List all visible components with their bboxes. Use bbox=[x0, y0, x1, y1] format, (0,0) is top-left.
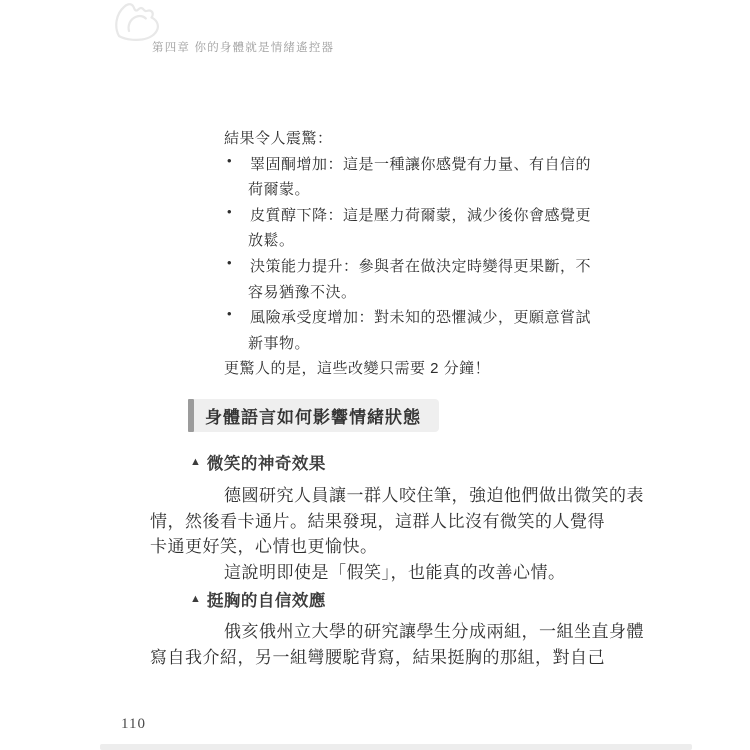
chapter-running-header: 第四章 你的身體就是情緒遙控器 bbox=[152, 39, 334, 55]
bullet-line: 皮質醇下降：這是壓力荷爾蒙，減少後你會感覺更 bbox=[250, 204, 591, 226]
bullet-dot: • bbox=[227, 306, 237, 321]
bullet-line: 睪固酮增加：這是一種讓你感覺有力量、有自信的 bbox=[250, 153, 591, 175]
footer-divider-bar bbox=[100, 744, 692, 750]
paragraph-line: 寫自我介紹，另一組彎腰駝背寫，結果挺胸的那組，對自己 bbox=[150, 643, 605, 667]
section-heading-label: 身體語言如何影響情緒狀態 bbox=[194, 399, 439, 432]
paragraph-line: 俄亥俄州立大學的研究讓學生分成兩組，一組坐直身體 bbox=[224, 617, 644, 641]
section-heading: 身體語言如何影響情緒狀態 bbox=[188, 399, 439, 432]
book-page: 第四章 你的身體就是情緒遙控器 結果令人震驚： • 睪固酮增加：這是一種讓你感覺… bbox=[0, 0, 750, 750]
subsection-heading: ▲ 微笑的神奇效果 bbox=[190, 451, 326, 473]
paragraph-line: 更驚人的是，這些改變只需要 2 分鐘！ bbox=[224, 357, 490, 379]
paragraph-line: 卡通更好笑，心情也更愉快。 bbox=[150, 532, 378, 556]
bullet-dot: • bbox=[227, 255, 237, 270]
bullet-line: 放鬆。 bbox=[248, 229, 295, 251]
paragraph-line: 結果令人震驚： bbox=[224, 127, 333, 149]
bullet-dot: • bbox=[227, 204, 237, 219]
subsection-title: 微笑的神奇效果 bbox=[207, 450, 326, 474]
page-number: 110 bbox=[121, 716, 146, 733]
bullet-dot: • bbox=[227, 153, 237, 168]
subsection-heading: ▲ 挺胸的自信效應 bbox=[190, 588, 326, 610]
bullet-line: 荷爾蒙。 bbox=[248, 178, 310, 200]
subsection-title: 挺胸的自信效應 bbox=[207, 587, 326, 611]
bullet-line: 風險承受度增加：對未知的恐懼減少，更願意嘗試 bbox=[250, 306, 591, 328]
bullet-line: 決策能力提升：參與者在做決定時變得更果斷，不 bbox=[250, 255, 591, 277]
paragraph-line: 情，然後看卡通片。結果發現，這群人比沒有微笑的人覺得 bbox=[150, 507, 605, 531]
paragraph-line: 德國研究人員讓一群人咬住筆，強迫他們做出微笑的表 bbox=[224, 481, 644, 505]
paragraph-line: 這說明即使是「假笑」，也能真的改善心情。 bbox=[224, 558, 566, 582]
bullet-line: 容易猶豫不決。 bbox=[248, 281, 357, 303]
bullet-line: 新事物。 bbox=[248, 332, 310, 354]
triangle-marker-icon: ▲ bbox=[190, 457, 201, 468]
triangle-marker-icon: ▲ bbox=[190, 594, 201, 605]
